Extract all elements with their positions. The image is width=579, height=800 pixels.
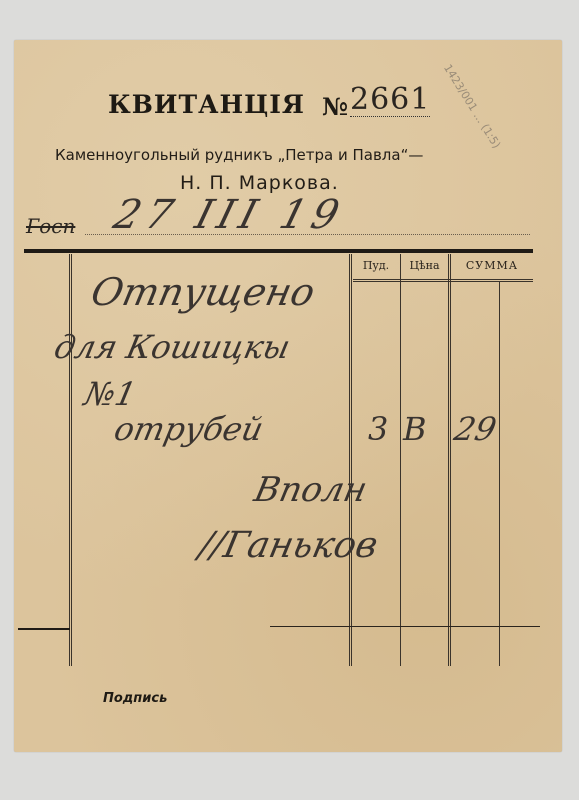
signature-label: Подпись [103, 691, 167, 706]
handwritten-line: №1 [81, 375, 140, 413]
header-underline [353, 279, 533, 280]
left-total-rule [18, 628, 70, 630]
handwritten-line: для Кошицкы [51, 328, 294, 366]
column-divider [448, 254, 449, 666]
issuer-name: Каменноугольный рудникъ „Петра и Павла“— [55, 146, 423, 164]
column-header-sum: СУММА [451, 259, 533, 272]
signature-rule [270, 626, 540, 627]
handwritten-line: отрубей [111, 410, 267, 448]
column-divider [499, 282, 500, 666]
column-header-price: Цѣна [401, 259, 448, 272]
column-divider-2 [450, 254, 451, 666]
column-divider [400, 254, 401, 666]
handwritten-signature: //Ганьков [196, 525, 382, 566]
receipt-title: КВИТАНЦІЯ [108, 90, 305, 119]
column-divider [349, 254, 350, 666]
header-underline-2 [353, 281, 533, 282]
header-rule [24, 249, 533, 253]
owner-name: Н. П. Маркова. [180, 172, 339, 194]
handwritten-date: 27 III 19 [109, 192, 350, 238]
handwritten-line: Вполн [251, 470, 371, 510]
quantity-pud-value: 3 [368, 410, 388, 448]
receipt-number: 2661 [350, 84, 430, 117]
handwritten-line: Отпущено [87, 270, 318, 314]
column-header-pud: Пуд. [352, 259, 400, 272]
column-divider-2 [351, 254, 352, 666]
left-margin-line-2 [71, 254, 72, 666]
left-margin-line [69, 254, 70, 666]
sum-value: 29 [451, 410, 500, 448]
number-sign: № [322, 92, 348, 121]
price-value: В [403, 410, 427, 448]
recipient-label: Госп [26, 214, 75, 238]
